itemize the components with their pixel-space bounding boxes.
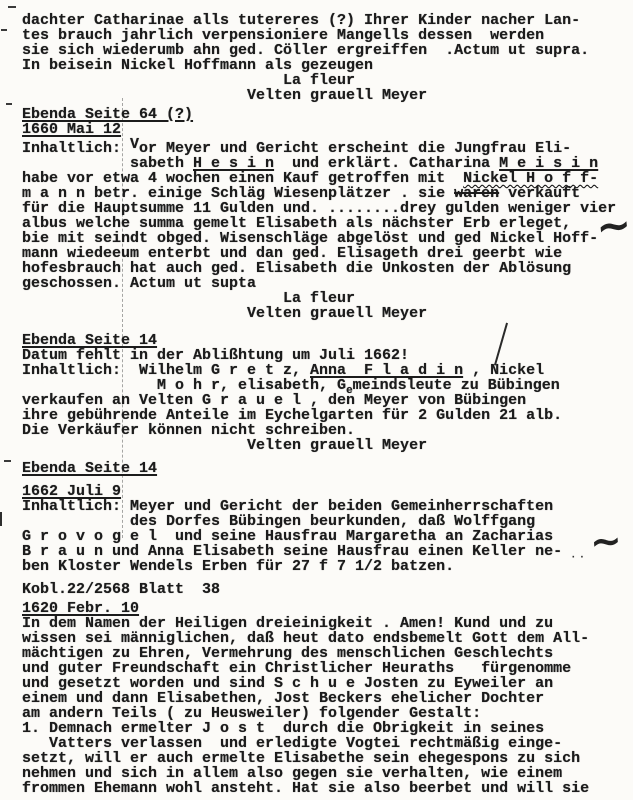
text-line: ben Kloster Wendels Erben für 27 f 7 1/2… bbox=[22, 559, 629, 574]
text-line: mann wiedeeum enterbt und dan ged. Elisa… bbox=[22, 246, 629, 261]
text-segment: V bbox=[130, 137, 139, 152]
text-line: habe vor etwa 4 wochen einen Kauf getrof… bbox=[22, 171, 629, 186]
text-line: m a n n betr. einige Schläg Wiesenplätze… bbox=[22, 186, 629, 201]
text-line: des Dorfes Bübingen beurkunden, daß Wolf… bbox=[22, 514, 629, 529]
text-line: und guter Freundschaft ein Christlicher … bbox=[22, 661, 629, 676]
text-line: Inhaltlich: Meyer und Gericht der beiden… bbox=[22, 499, 629, 514]
text-line: La fleur bbox=[22, 291, 629, 306]
text-line: 1660 Mai 12 bbox=[22, 122, 629, 137]
text-line: Die Verkäufer können nicht schreiben. bbox=[22, 423, 629, 438]
margin-dash-mark bbox=[6, 103, 12, 105]
text-line: Inhaltlich: Vor Meyer und Gericht ersche… bbox=[22, 141, 629, 156]
text-line: Kobl.22/2568 Blatt 38 bbox=[22, 582, 629, 597]
text-line: sabeth H e s i n und erklärt. Catharina … bbox=[22, 156, 629, 171]
text-segment: Velten grauell Meyer bbox=[22, 87, 427, 104]
text-line: sie sich wiederumb ahn ged. Cöller ergre… bbox=[22, 43, 629, 58]
text-line: am andern Teils ( zu Heusweiler) folgend… bbox=[22, 706, 629, 721]
text-line: Vatters verlassen und erledigte Vogtei r… bbox=[22, 736, 629, 751]
margin-dash-mark bbox=[4, 460, 11, 462]
text-line: wissen sei männiglichen, daß heut dato e… bbox=[22, 631, 629, 646]
text-line: ihre gebührende Anteile im Eychelgarten … bbox=[22, 408, 629, 423]
text-line: Velten grauell Meyer bbox=[22, 306, 629, 321]
text-line: für die Hauptsumme 11 Gulden und. ......… bbox=[22, 201, 629, 216]
text-segment: Velten grauell Meyer bbox=[22, 437, 427, 454]
underlined-text-segment: Ebenda Seite 14 bbox=[22, 460, 157, 477]
margin-dash-mark bbox=[1, 29, 7, 31]
text-line: hofesbrauch hat auch ged. Elisabeth die … bbox=[22, 261, 629, 276]
text-line: Velten grauell Meyer bbox=[22, 438, 629, 453]
text-line: einem und dann Elisabethen, Jost Beckers… bbox=[22, 691, 629, 706]
text-line: verkaufen an Velten G r a u e l , den Me… bbox=[22, 393, 629, 408]
text-line: frommen Ehemann wohl ansteht. Hat sie al… bbox=[22, 781, 629, 796]
text-line: M o h r, elisabeth, Gemeindsleute zu Büb… bbox=[22, 378, 629, 393]
text-line: La fleur bbox=[22, 73, 629, 88]
text-line: dachter Catharinae alls tutereres (?) Ih… bbox=[22, 13, 629, 28]
underlined-text-segment: 1660 Mai 12 bbox=[22, 121, 121, 138]
text-line: G r o v o g e l und seine Hausfrau Marga… bbox=[22, 529, 629, 544]
text-line: In beisein Nickel Hoffmann als gezeugen bbox=[22, 58, 629, 73]
text-segment: e bbox=[346, 384, 353, 399]
text-line: mächtigen zu Ehren, Vermehrung des mensc… bbox=[22, 646, 629, 661]
text-line: geschossen. Actum ut supta bbox=[22, 276, 629, 291]
text-line: B r a u n und Anna Elisabeth seine Hausf… bbox=[22, 544, 629, 559]
text-line: 1. Demnach ermelter J o s t durch die Ob… bbox=[22, 721, 629, 736]
text-line: 1662 Juli 9 bbox=[22, 484, 629, 499]
text-line: nehmen und sich in allem also gegen sie … bbox=[22, 766, 629, 781]
text-line: In dem Namen der Heiligen dreieinigkeit … bbox=[22, 616, 629, 631]
text-line: Velten grauell Meyer bbox=[22, 88, 629, 103]
text-line: Datum fehlt in der Ablißhtung um Juli 16… bbox=[22, 348, 629, 363]
ink-dots-mark: ·· bbox=[570, 551, 587, 566]
margin-tick-mark bbox=[0, 512, 2, 526]
text-segment: frommen Ehemann wohl ansteht. Hat sie al… bbox=[22, 780, 589, 797]
text-segment: Kobl.22/2568 Blatt 38 bbox=[22, 581, 220, 598]
text-segment: ben Kloster Wendels Erben für 27 f 7 1/2… bbox=[22, 558, 454, 575]
text-line: albus welche summa gemelt Elisabeth als … bbox=[22, 216, 629, 231]
text-line: Ebenda Seite 14 bbox=[22, 333, 629, 348]
scanned-document-page: dachter Catharinae alls tutereres (?) Ih… bbox=[0, 0, 633, 800]
text-line: setzt, will er auch ermelte Elisabethe s… bbox=[22, 751, 629, 766]
text-segment: Velten grauell Meyer bbox=[22, 305, 427, 322]
typewritten-text-block: dachter Catharinae alls tutereres (?) Ih… bbox=[22, 13, 629, 796]
text-line: bie mit seindt obged. Wisenschläge abgel… bbox=[22, 231, 629, 246]
text-line: Ebenda Seite 64 (?) bbox=[22, 107, 629, 122]
text-line: Inhaltlich: Wilhelm G r e t z, Anna F l … bbox=[22, 363, 629, 378]
margin-dash-mark bbox=[8, 6, 16, 8]
text-line: Ebenda Seite 14 bbox=[22, 461, 629, 476]
text-line: 1620 Febr. 10 bbox=[22, 601, 629, 616]
text-line: tes brauch jahrlich verpensioniere Mange… bbox=[22, 28, 629, 43]
text-line: und gesetzt worden und sind S c h u e Jo… bbox=[22, 676, 629, 691]
